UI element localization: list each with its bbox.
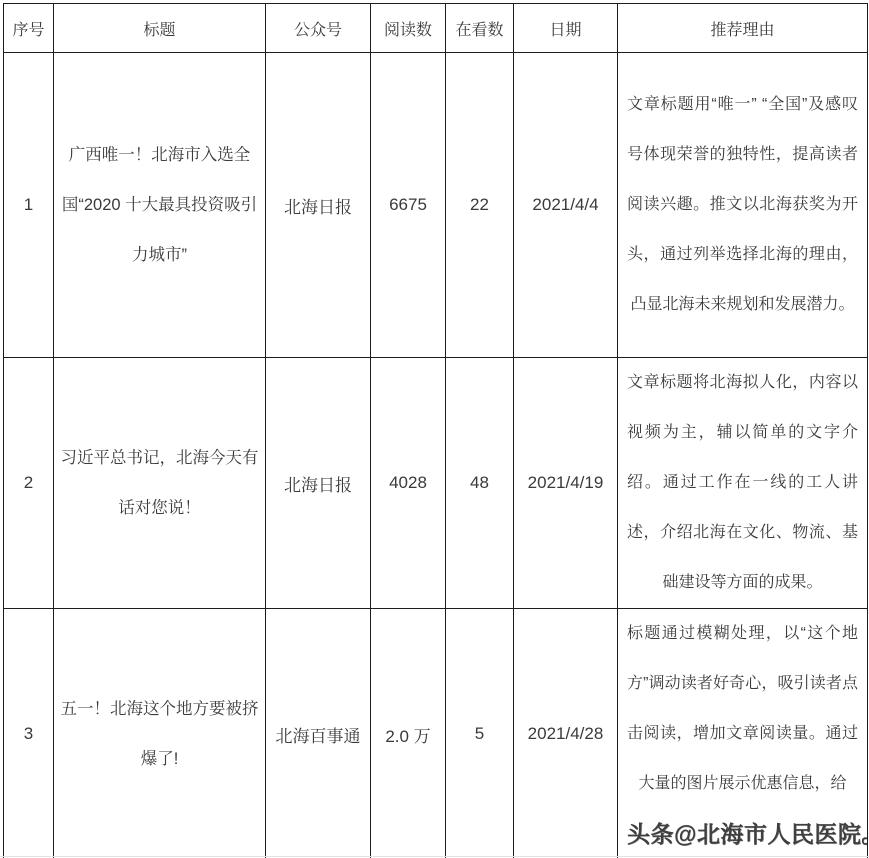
row2-index: 2	[4, 358, 54, 609]
row1-account: 北海日报	[266, 53, 371, 358]
row1-reason: 文章标题用“唯一” “全国”及感叹号体现荣誉的独特性，提高读者阅读兴趣。推文以北…	[618, 53, 868, 358]
row2-views: 48	[446, 358, 514, 609]
row2-reason-text: 文章标题将北海拟人化，内容以视频为主，辅以简单的文字介绍。通过工作在一线的工人讲…	[627, 358, 858, 608]
row3-account: 北海百事通	[266, 609, 371, 858]
header-title: 标题	[54, 4, 266, 53]
row3-reads: 2.0 万	[371, 609, 446, 858]
row2-title: 习近平总书记，北海今天有话对您说！	[54, 358, 266, 609]
table-row: 3 五一！北海这个地方要被挤爆了! 北海百事通 2.0 万 5 2021/4/2…	[4, 609, 868, 858]
row1-date: 2021/4/4	[514, 53, 618, 358]
toutiao-watermark: 头条@北海市人民医院。	[627, 809, 858, 858]
document-page: 序号 标题 公众号 阅读数 在看数 日期 推荐理由 1 广西唯一！北海市入选全国…	[0, 0, 869, 858]
table-row: 1 广西唯一！北海市入选全国“2020 十大最具投资吸引力城市” 北海日报 66…	[4, 53, 868, 358]
row3-date: 2021/4/28	[514, 609, 618, 858]
row1-views: 22	[446, 53, 514, 358]
row1-reads: 6675	[371, 53, 446, 358]
header-account: 公众号	[266, 4, 371, 53]
row2-account: 北海日报	[266, 358, 371, 609]
header-reads: 阅读数	[371, 4, 446, 53]
row3-views: 5	[446, 609, 514, 858]
articles-table: 序号 标题 公众号 阅读数 在看数 日期 推荐理由 1 广西唯一！北海市入选全国…	[3, 3, 868, 858]
row3-reason: 标题通过模糊处理，以“这个地方”调动读者好奇心，吸引读者点击阅读，增加文章阅读量…	[618, 609, 868, 858]
row1-reason-text: 文章标题用“唯一” “全国”及感叹号体现荣誉的独特性，提高读者阅读兴趣。推文以北…	[627, 80, 858, 330]
row2-reason: 文章标题将北海拟人化，内容以视频为主，辅以简单的文字介绍。通过工作在一线的工人讲…	[618, 358, 868, 609]
table-row: 2 习近平总书记，北海今天有话对您说！ 北海日报 4028 48 2021/4/…	[4, 358, 868, 609]
row1-index: 1	[4, 53, 54, 358]
row3-reason-text: 标题通过模糊处理，以“这个地方”调动读者好奇心，吸引读者点击阅读，增加文章阅读量…	[627, 609, 858, 809]
header-views: 在看数	[446, 4, 514, 53]
row3-title: 五一！北海这个地方要被挤爆了!	[54, 609, 266, 858]
row3-index: 3	[4, 609, 54, 858]
page-edge-line	[0, 856, 869, 857]
header-date: 日期	[514, 4, 618, 53]
header-reason: 推荐理由	[618, 4, 868, 53]
row1-title: 广西唯一！北海市入选全国“2020 十大最具投资吸引力城市”	[54, 53, 266, 358]
row2-reads: 4028	[371, 358, 446, 609]
header-index: 序号	[4, 4, 54, 53]
row2-date: 2021/4/19	[514, 358, 618, 609]
table-header-row: 序号 标题 公众号 阅读数 在看数 日期 推荐理由	[4, 4, 868, 53]
